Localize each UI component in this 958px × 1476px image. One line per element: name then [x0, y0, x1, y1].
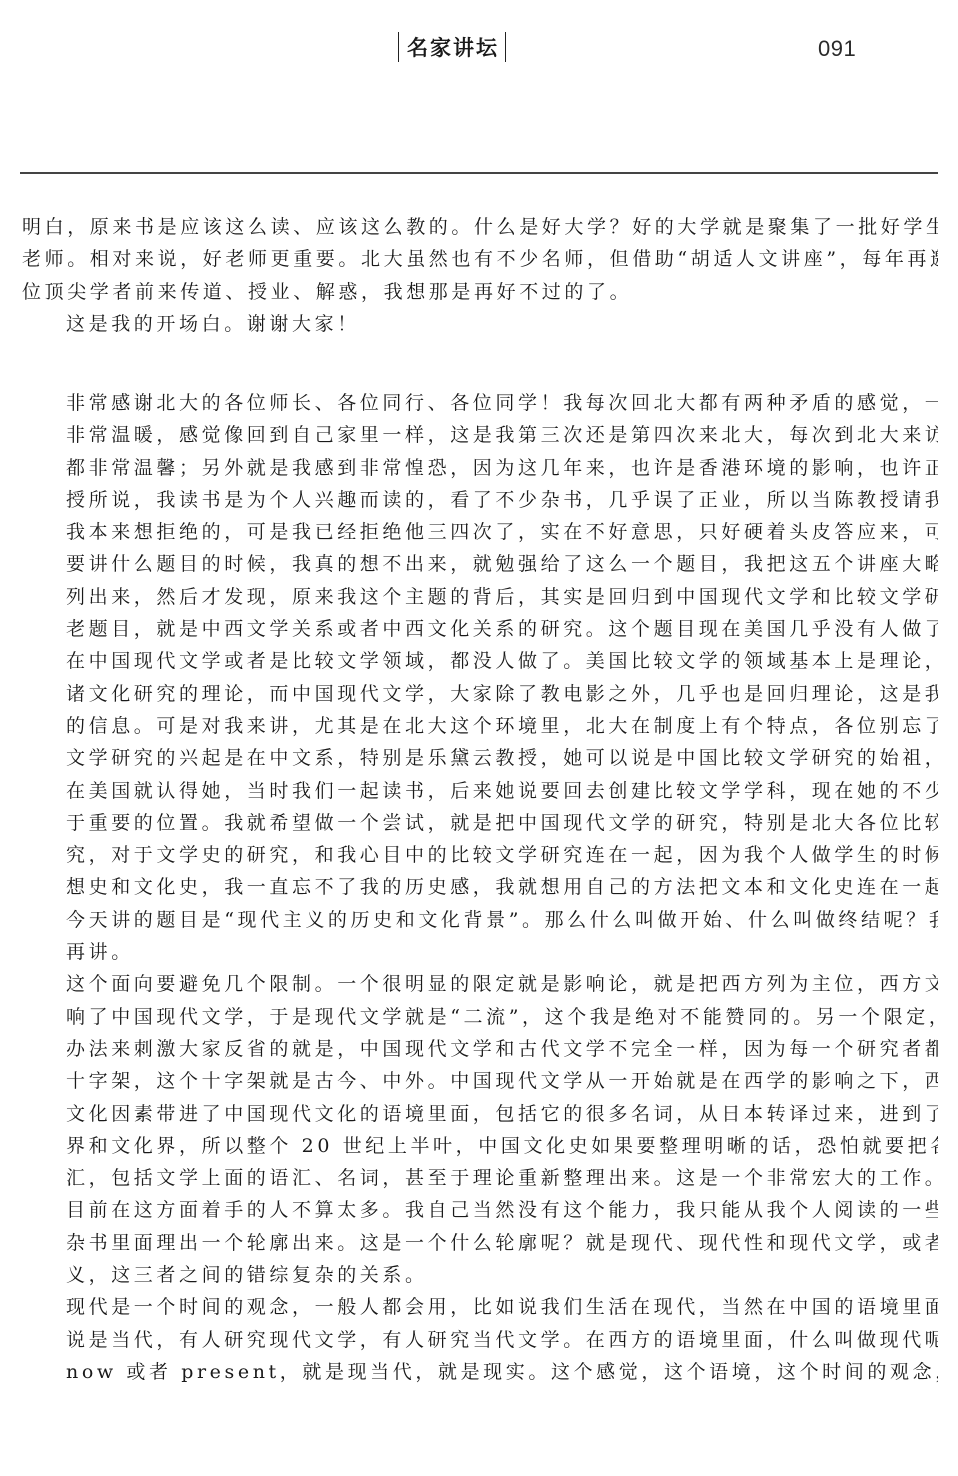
text-line: 杂书里面理出一个轮廓出来。这是一个什么轮廓呢？就是现代、现代性和现代文学，或者说… [22, 1227, 938, 1259]
text-line: 老题目，就是中西文学关系或者中西文化关系的研究。这个题目现在美国几乎没有人做了，… [22, 613, 938, 645]
right-vertical-bar [505, 32, 506, 62]
text-line: 在中国现代文学或者是比较文学领域，都没人做了。美国比较文学的领域基本上是理论，特… [22, 645, 938, 677]
paragraph: 这是我的开场白。谢谢大家！ [22, 308, 938, 340]
text-line: 老师。相对来说，好老师更重要。北大虽然也有不少名师，但借助“胡适人文讲座”，每年… [22, 243, 938, 275]
text-line: 我本来想拒绝的，可是我已经拒绝他三四次了，实在不好意思，只好硬着头皮答应来，可是… [22, 516, 938, 548]
text-line: 今天讲的题目是“现代主义的历史和文化背景”。那么什么叫做开始、什么叫做终结呢？我… [22, 904, 938, 936]
text-line: 目前在这方面着手的人不算太多。我自己当然没有这个能力，我只能从我个人阅读的一些普… [22, 1194, 938, 1226]
text-line: 这是我的开场白。谢谢大家！ [22, 308, 938, 340]
text-line: 文化因素带进了中国现代文化的语境里面，包括它的很多名词，从日本转译过来，进到了中… [22, 1098, 938, 1130]
text-line: 究，对于文学史的研究，和我心目中的比较文学研究连在一起，因为我个人做学生的时候学… [22, 839, 938, 871]
paragraph: 现代是一个时间的观念，一般人都会用，比如说我们生活在现代，当然在中国的语境里面，… [22, 1291, 938, 1388]
text-line: now 或者 present，就是现当代，就是现实。这个感觉，这个语境，这个时间… [22, 1356, 938, 1388]
paragraph: 非常感谢北大的各位师长、各位同行、各位同学！我每次回北大都有两种矛盾的感觉，一种… [22, 387, 938, 968]
lecture-text: 非常感谢北大的各位师长、各位同行、各位同学！我每次回北大都有两种矛盾的感觉，一种… [22, 387, 938, 1388]
text-line: 非常感谢北大的各位师长、各位同行、各位同学！我每次回北大都有两种矛盾的感觉，一种… [22, 387, 938, 419]
text-line: 于重要的位置。我就希望做一个尝试，就是把中国现代文学的研究，特别是北大各位比较擅… [22, 807, 938, 839]
paragraph: 这个面向要避免几个限制。一个很明显的限定就是影响论，就是把西方列为主位，西方文学… [22, 968, 938, 1291]
header-divider [20, 172, 938, 174]
text-line: 十字架，这个十字架就是古今、中外。中国现代文学从一开始就是在西学的影响之下，西方… [22, 1065, 938, 1097]
text-line: 这个面向要避免几个限制。一个很明显的限定就是影响论，就是把西方列为主位，西方文学… [22, 968, 938, 1000]
text-line: 位顶尖学者前来传道、授业、解惑，我想那是再好不过的了。 [22, 276, 938, 308]
text-line: 响了中国现代文学，于是现代文学就是“二流”，这个我是绝对不能赞同的。另一个限定，… [22, 1001, 938, 1033]
page-number: 091 [818, 36, 856, 62]
text-line: 授所说，我读书是为个人兴趣而读的，看了不少杂书，几乎误了正业，所以当陈教授请我来… [22, 484, 938, 516]
text-line: 在美国就认得她，当时我们一起读书，后来她说要回去创建比较文学学科，现在她的不少高… [22, 775, 938, 807]
text-line: 再讲。 [22, 936, 938, 968]
section-title-box: 名家讲坛 [398, 30, 506, 64]
text-line: 现代是一个时间的观念，一般人都会用，比如说我们生活在现代，当然在中国的语境里面，… [22, 1291, 938, 1323]
text-line: 要讲什么题目的时候，我真的想不出来，就勉强给了这么一个题目，我把这五个讲座大略的… [22, 548, 938, 580]
text-line: 列出来，然后才发现，原来我这个主题的背后，其实是回归到中国现代文学和比较文学研究… [22, 581, 938, 613]
text-line: 界和文化界，所以整个 20 世纪上半叶，中国文化史如果要整理明晰的话，恐怕就要把… [22, 1130, 938, 1162]
paragraph: 明白，原来书是应该这么读、应该这么教的。什么是好大学？好的大学就是聚集了一批好学… [22, 211, 938, 308]
text-line: 都非常温馨；另外就是我感到非常惶恐，因为这几年来，也许是香港环境的影响，也许正如… [22, 452, 938, 484]
text-line: 明白，原来书是应该这么读、应该这么教的。什么是好大学？好的大学就是聚集了一批好学… [22, 211, 938, 243]
text-line: 说是当代，有人研究现代文学，有人研究当代文学。在西方的语境里面，什么叫做现代呢？… [22, 1324, 938, 1356]
opening-remarks: 明白，原来书是应该这么读、应该这么教的。什么是好大学？好的大学就是聚集了一批好学… [22, 211, 938, 340]
text-line: 办法来刺激大家反省的就是，中国现代文学和古代文学不完全一样，因为每一个研究者都背… [22, 1033, 938, 1065]
section-title: 名家讲坛 [399, 32, 505, 62]
text-line: 文学研究的兴起是在中文系，特别是乐黛云教授，她可以说是中国比较文学研究的始祖，我… [22, 742, 938, 774]
text-line: 非常温暖，感觉像回到自己家里一样，这是我第三次还是第四次来北大，每次到北大来访问… [22, 419, 938, 451]
text-line: 汇，包括文学上面的语汇、名词，甚至于理论重新整理出来。这是一个非常宏大的工作。据… [22, 1162, 938, 1194]
text-line: 想史和文化史，我一直忘不了我的历史感，我就想用自己的方法把文本和文化史连在一起，… [22, 871, 938, 903]
text-line: 的信息。可是对我来讲，尤其是在北大这个环境里，北大在制度上有个特点，各位别忘了，… [22, 710, 938, 742]
text-line: 诸文化研究的理论，而中国现代文学，大家除了教电影之外，几乎也是回归理论，这是我在… [22, 678, 938, 710]
text-line: 义，这三者之间的错综复杂的关系。 [22, 1259, 938, 1291]
